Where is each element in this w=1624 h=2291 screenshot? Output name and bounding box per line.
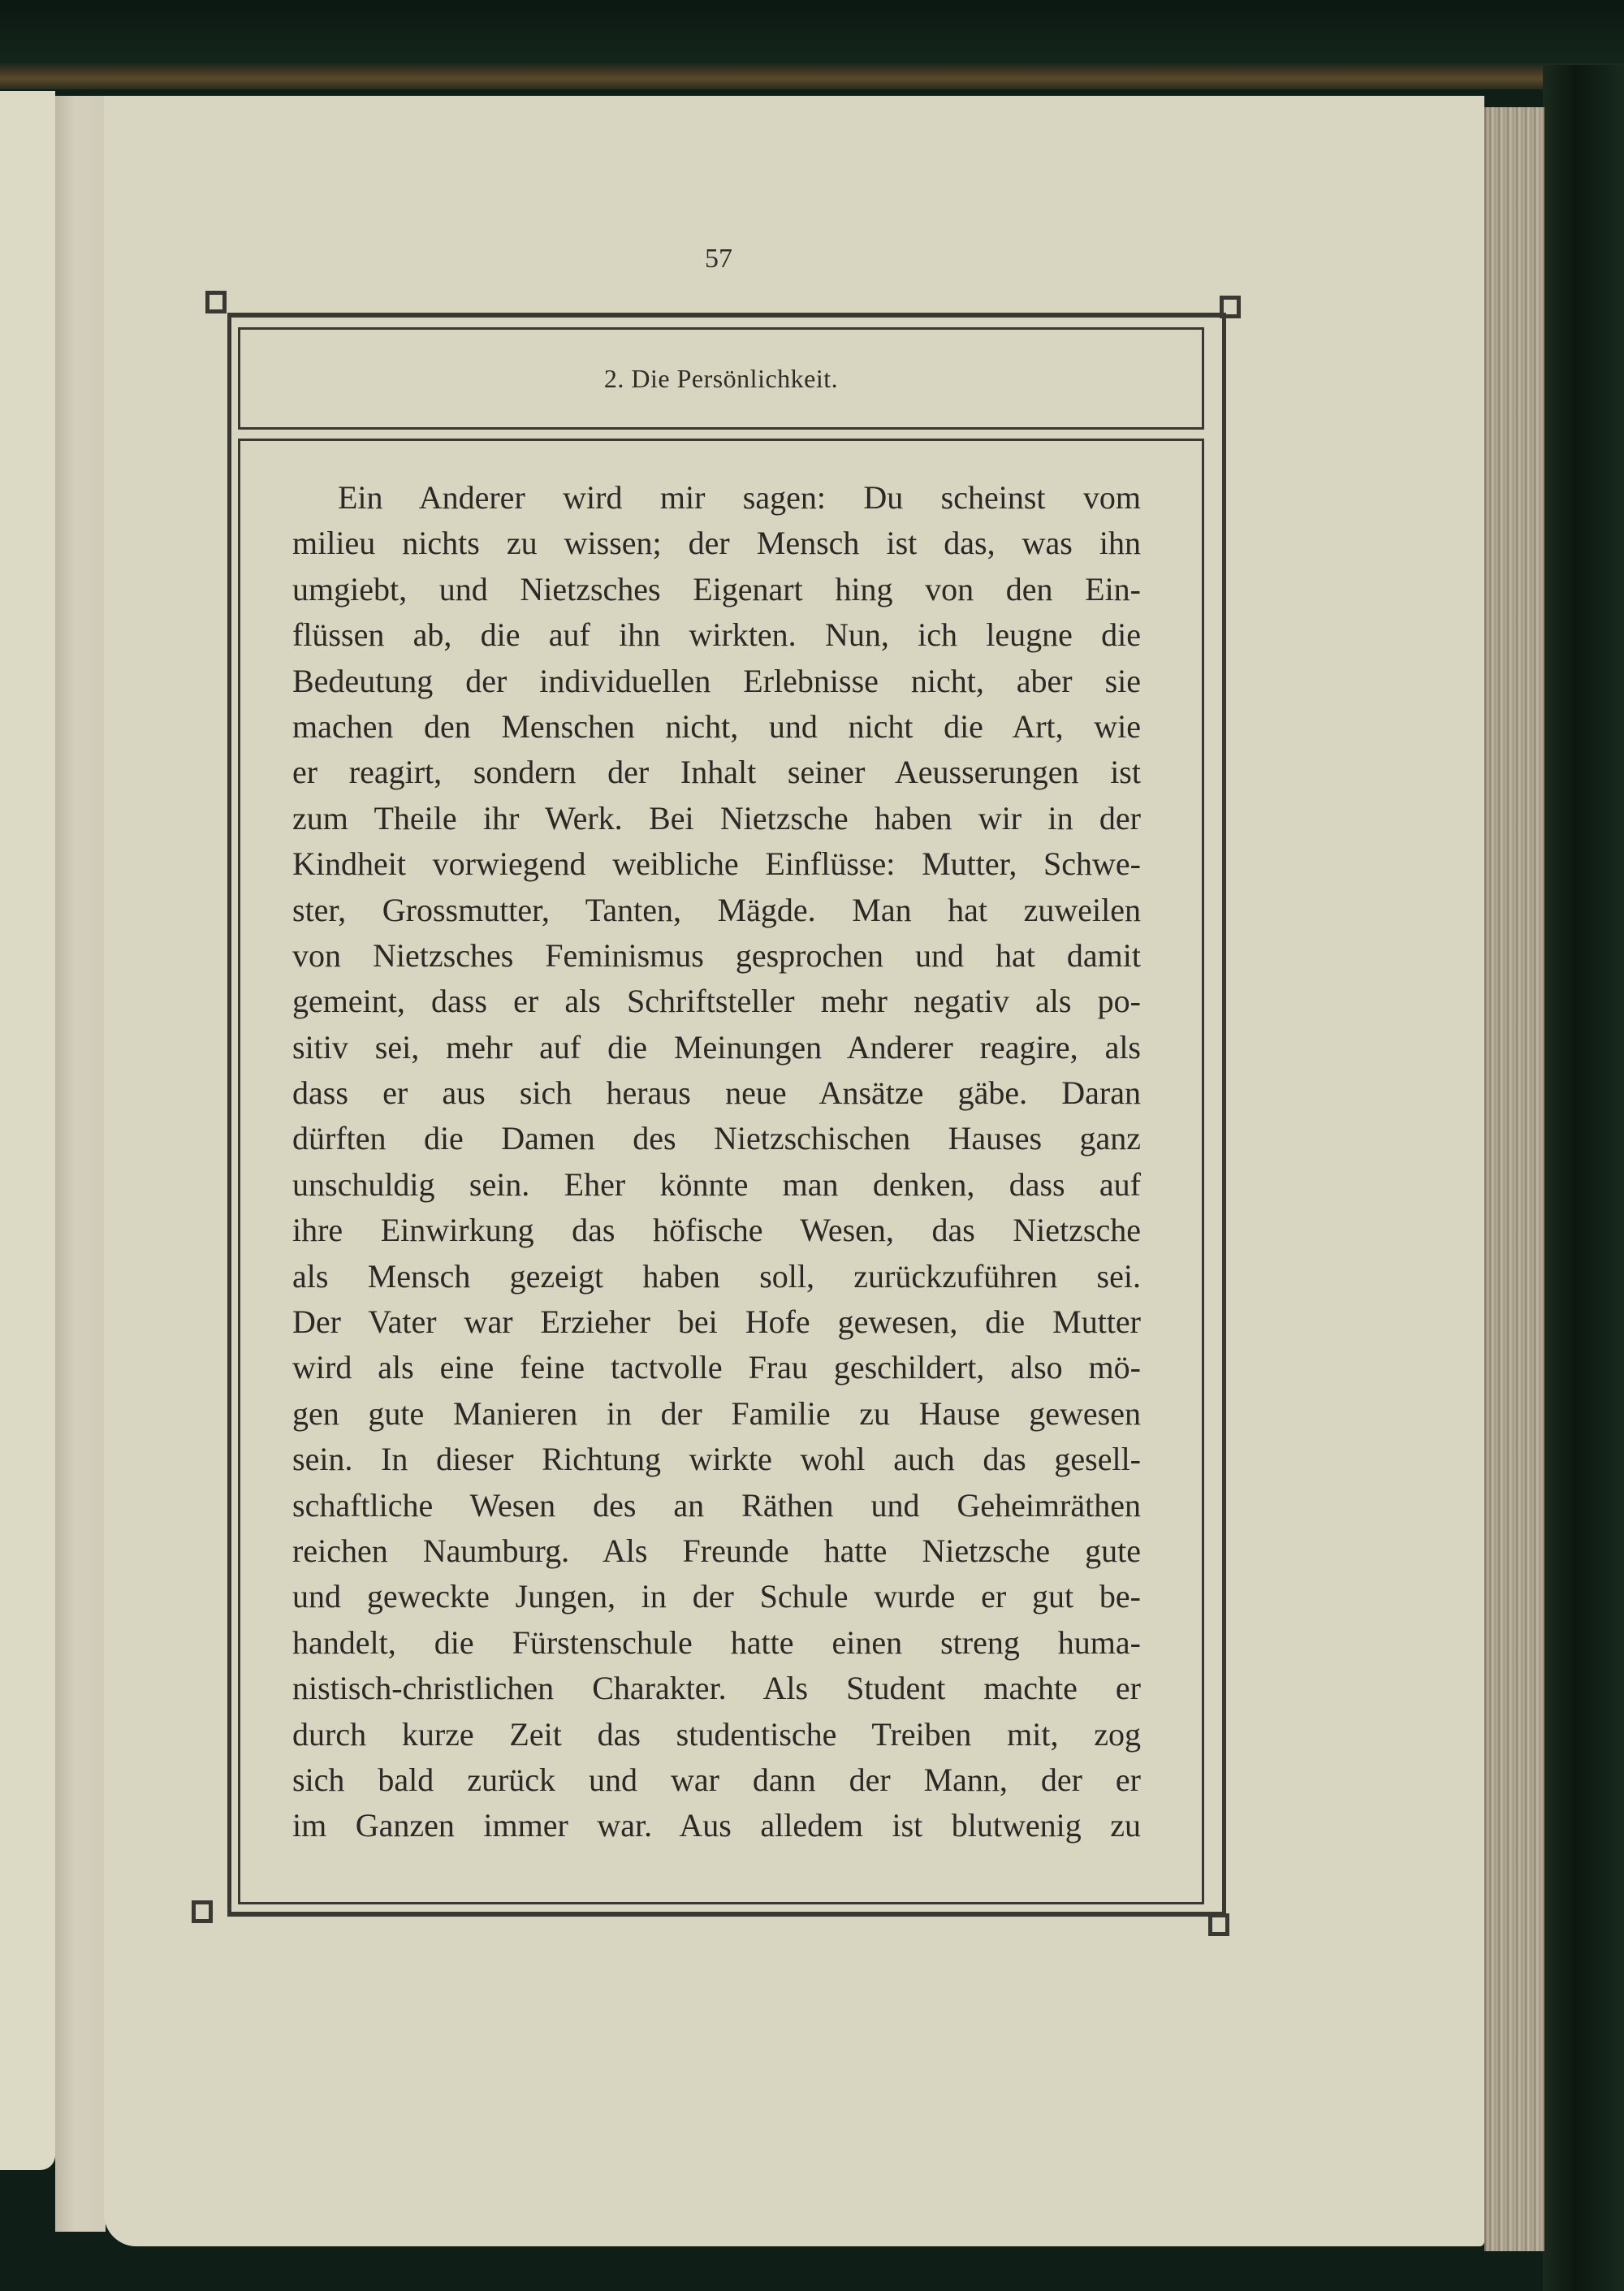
chapter-header-box: 2. Die Persönlichkeit. xyxy=(238,327,1204,430)
page-stack-edges xyxy=(1484,107,1544,2251)
text-line: dürften die Damen des Nietzschischen Hau… xyxy=(292,1116,1141,1161)
text-line: umgiebt, und Nietzsches Eigenart hing vo… xyxy=(292,567,1141,612)
text-line: machen den Menschen nicht, und nicht die… xyxy=(292,704,1141,750)
text-line: sitiv sei, mehr auf die Meinungen Andere… xyxy=(292,1025,1141,1070)
text-line: reichen Naumburg. Als Freunde hatte Niet… xyxy=(292,1528,1141,1574)
text-line: Der Vater war Erzieher bei Hofe gewesen,… xyxy=(292,1299,1141,1345)
text-line: unschuldig sein. Eher könnte man denken,… xyxy=(292,1162,1141,1208)
text-line: gen gute Manieren in der Familie zu Haus… xyxy=(292,1391,1141,1437)
text-line: flüssen ab, die auf ihn wirkten. Nun, ic… xyxy=(292,612,1141,658)
page-number: 57 xyxy=(0,244,1437,274)
text-line: nistisch-christlichen Charakter. Als Stu… xyxy=(292,1666,1141,1711)
text-line: dass er aus sich heraus neue Ansätze gäb… xyxy=(292,1070,1141,1116)
chapter-title: 2. Die Persönlichkeit. xyxy=(604,364,838,394)
text-line: als Mensch gezeigt haben soll, zurückzuf… xyxy=(292,1254,1141,1299)
corner-square-bottom-left xyxy=(192,1900,213,1923)
page-gutter xyxy=(55,96,106,2232)
text-line: sein. In dieser Richtung wirkte wohl auc… xyxy=(292,1437,1141,1482)
body-text: Ein Anderer wird mir sagen: Du scheinst … xyxy=(292,475,1141,1849)
text-line: gemeint, dass er als Schriftsteller mehr… xyxy=(292,979,1141,1024)
text-line: schaftliche Wesen des an Räthen und Gehe… xyxy=(292,1483,1141,1528)
text-line: er reagirt, sondern der Inhalt seiner Ae… xyxy=(292,750,1141,795)
text-line: durch kurze Zeit das studentische Treibe… xyxy=(292,1712,1141,1757)
text-line: von Nietzsches Feminismus gesprochen und… xyxy=(292,933,1141,979)
text-line: Ein Anderer wird mir sagen: Du scheinst … xyxy=(292,475,1141,521)
corner-square-top-left xyxy=(205,291,227,313)
text-line: zum Theile ihr Werk. Bei Nietzsche haben… xyxy=(292,796,1141,841)
left-page-edge xyxy=(0,91,55,2170)
book-cover-top xyxy=(0,0,1624,89)
text-line: wird als eine feine tactvolle Frau gesch… xyxy=(292,1345,1141,1390)
text-line: ster, Grossmutter, Tanten, Mägde. Man ha… xyxy=(292,888,1141,933)
text-line: Bedeutung der individuellen Erlebnisse n… xyxy=(292,659,1141,704)
book-cover-right xyxy=(1543,65,1624,2291)
text-line: Kindheit vorwiegend weibliche Einflüsse:… xyxy=(292,841,1141,887)
corner-square-top-right xyxy=(1220,296,1241,318)
corner-square-bottom-right xyxy=(1208,1913,1229,1936)
text-line: und geweckte Jungen, in der Schule wurde… xyxy=(292,1574,1141,1619)
text-line: ihre Einwirkung das höfische Wesen, das … xyxy=(292,1208,1141,1253)
text-line: handelt, die Fürstenschule hatte einen s… xyxy=(292,1620,1141,1666)
text-line: im Ganzen immer war. Aus alledem ist blu… xyxy=(292,1803,1141,1848)
text-line: sich bald zurück und war dann der Mann, … xyxy=(292,1757,1141,1803)
text-line: milieu nichts zu wissen; der Mensch ist … xyxy=(292,521,1141,566)
